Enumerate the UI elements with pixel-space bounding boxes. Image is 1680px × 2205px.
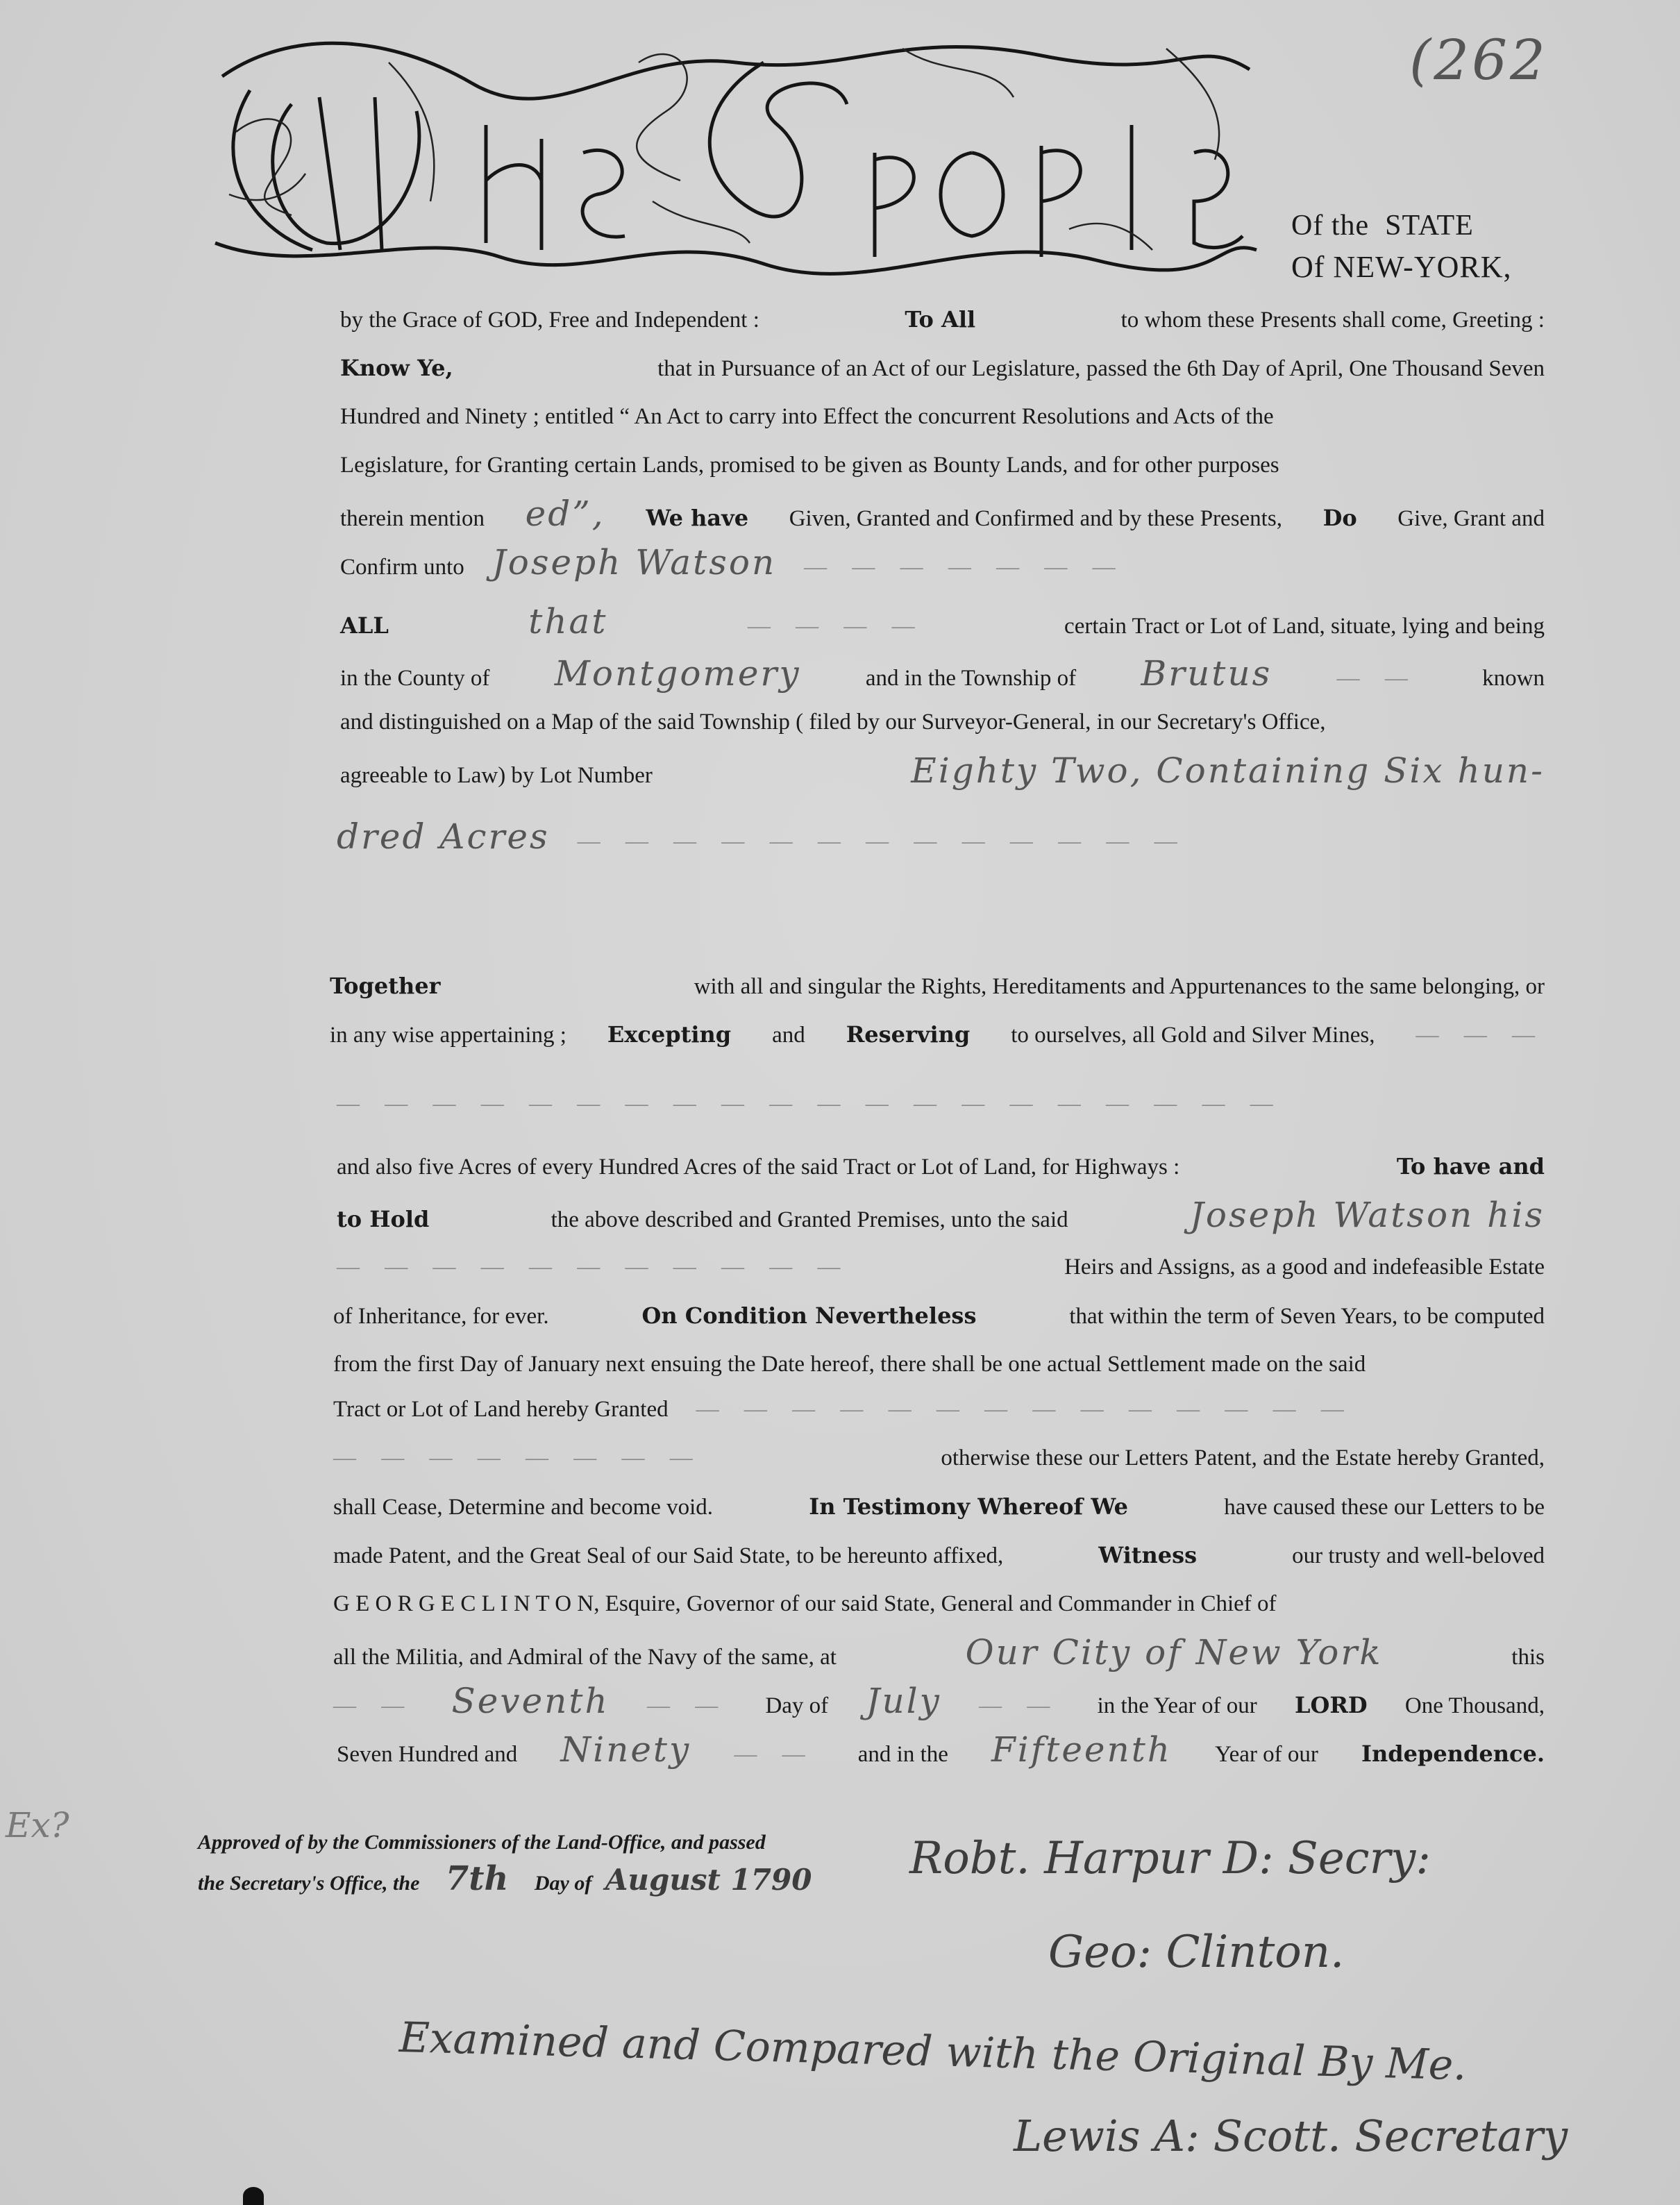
printed-text: the above described and Granted Premises… bbox=[551, 1206, 1068, 1234]
approval-line-2: the Secretary's Office, the 7th Day of A… bbox=[198, 1861, 812, 1902]
body-line: of Inheritance, for ever.On Condition Ne… bbox=[333, 1302, 1545, 1330]
printed-text: to whom these Presents shall come, Greet… bbox=[1121, 306, 1545, 334]
handwritten-entry: Joseph Watson his bbox=[1190, 1201, 1545, 1229]
handwritten-entry: Montgomery bbox=[555, 660, 801, 687]
approval-statement: Approved of by the Commissioners of the … bbox=[198, 1825, 812, 1902]
handwritten-entry: Eighty Two, Containing Six hun- bbox=[911, 757, 1545, 785]
blank-fill-dashes: — — — — — — — — bbox=[333, 1444, 703, 1472]
blackletter-text: Know Ye, bbox=[340, 354, 453, 382]
printed-text: by the Grace of GOD, Free and Independen… bbox=[340, 306, 759, 334]
handwritten-entry: Brutus bbox=[1141, 660, 1272, 687]
printed-text: our trusty and well-beloved bbox=[1292, 1542, 1545, 1570]
body-line: — —Seventh— —Day ofJuly— —in the Year of… bbox=[333, 1687, 1545, 1720]
printed-text: of Inheritance, for ever. bbox=[333, 1302, 549, 1330]
printed-text: from the first Day of January next ensui… bbox=[333, 1350, 1366, 1378]
state-heading: Of the STATE Of NEW-YORK, bbox=[1291, 205, 1512, 288]
approval-day-of: Day of bbox=[535, 1872, 591, 1895]
blackletter-text: On Condition Nevertheless bbox=[642, 1302, 977, 1330]
body-line: shall Cease, Determine and become void.I… bbox=[333, 1493, 1545, 1521]
printed-text: known bbox=[1482, 664, 1545, 692]
blackletter-text: Independence. bbox=[1361, 1740, 1545, 1768]
body-line: — — — — — — — — — — —Heirs and Assigns, … bbox=[337, 1253, 1545, 1281]
body-line: to Holdthe above described and Granted P… bbox=[337, 1201, 1545, 1234]
blank-fill-dashes: — — — — — — — — — — — bbox=[337, 1253, 850, 1281]
body-line: all the Militia, and Admiral of the Navy… bbox=[333, 1638, 1545, 1671]
handwritten-entry: Ninety bbox=[560, 1736, 691, 1763]
blackletter-text: LORD bbox=[1295, 1691, 1368, 1719]
body-line: Know Ye,that in Pursuance of an Act of o… bbox=[340, 354, 1545, 383]
blank-fill-dashes: — — — — — — — — — — — — — — bbox=[696, 1395, 1354, 1423]
blackletter-text: ALL bbox=[340, 612, 389, 639]
blackletter-text: Witness bbox=[1098, 1541, 1197, 1569]
printed-text: and in the bbox=[858, 1741, 948, 1768]
printed-text: and also five Acres of every Hundred Acr… bbox=[337, 1153, 1179, 1181]
printed-text: Heirs and Assigns, as a good and indefea… bbox=[1064, 1253, 1545, 1281]
body-line: Seven Hundred andNinety— —and in theFift… bbox=[337, 1736, 1545, 1768]
printed-text: Give, Grant and bbox=[1397, 505, 1545, 533]
printed-text: otherwise these our Letters Patent, and … bbox=[941, 1444, 1545, 1472]
governor-signature: Geo: Clinton. bbox=[1048, 1927, 1344, 1978]
body-line: — — — — — — — — — — — — — — — — — — — — bbox=[337, 1090, 1545, 1118]
body-line: Togetherwith all and singular the Rights… bbox=[330, 972, 1545, 1000]
body-line: in any wise appertaining ;ExceptingandRe… bbox=[330, 1021, 1545, 1049]
printed-text: Given, Granted and Confirmed and by thes… bbox=[789, 505, 1282, 533]
blank-fill-dashes: — — bbox=[1337, 664, 1418, 692]
body-line: Hundred and Ninety ; entitled “ An Act t… bbox=[340, 403, 1545, 430]
approval-day: 7th bbox=[446, 1859, 508, 1898]
body-line: in the County ofMontgomeryand in the Tow… bbox=[340, 660, 1545, 692]
body-line: — — — — — — — —otherwise these our Lette… bbox=[333, 1444, 1545, 1472]
the-people-ornamental-banner bbox=[208, 21, 1263, 278]
approval-month-year: August 1790 bbox=[605, 1863, 812, 1897]
ornamental-calligraphy-icon bbox=[208, 21, 1263, 278]
blackletter-text: Together bbox=[330, 972, 440, 1000]
page-number-annotation: (262 bbox=[1409, 28, 1548, 92]
printed-text: this bbox=[1511, 1643, 1545, 1671]
printed-text: made Patent, and the Great Seal of our S… bbox=[333, 1542, 1003, 1570]
handwritten-entry: that bbox=[528, 607, 607, 635]
examined-statement: Examined and Compared with the Original … bbox=[398, 2013, 1467, 2090]
examiner-signature: Lewis A: Scott. Secretary bbox=[1014, 2111, 1568, 2161]
state-heading-line-1: Of the STATE bbox=[1291, 205, 1512, 246]
body-line: dred Acres— — — — — — — — — — — — — bbox=[337, 823, 1545, 855]
handwritten-entry: Joseph Watson bbox=[492, 548, 776, 576]
printed-text: to ourselves, all Gold and Silver Mines, bbox=[1011, 1021, 1375, 1049]
body-line: therein mentioned”,We haveGiven, Granted… bbox=[340, 500, 1545, 533]
blackletter-text: to Hold bbox=[337, 1205, 429, 1233]
blackletter-text: Excepting bbox=[607, 1021, 731, 1048]
printed-text: One Thousand, bbox=[1405, 1692, 1545, 1720]
blackletter-text: To All bbox=[905, 305, 975, 333]
state-heading-line-2: Of NEW-YORK, bbox=[1291, 246, 1512, 288]
handwritten-entry: ed”, bbox=[526, 500, 605, 528]
body-line: made Patent, and the Great Seal of our S… bbox=[333, 1541, 1545, 1570]
blackletter-text: We have bbox=[646, 504, 748, 532]
blank-fill-dashes: — — — — — — — bbox=[804, 553, 1125, 581]
blank-fill-dashes: — — — bbox=[1416, 1021, 1545, 1049]
blackletter-text: Reserving bbox=[846, 1021, 971, 1048]
printed-text: Legislature, for Granting certain Lands,… bbox=[340, 451, 1279, 479]
handwritten-entry: Fifteenth bbox=[991, 1736, 1172, 1763]
printed-text: and distinguished on a Map of the said T… bbox=[340, 708, 1326, 736]
handwritten-entry: Our City of New York bbox=[966, 1638, 1383, 1666]
approval-line-1: Approved of by the Commissioners of the … bbox=[198, 1825, 812, 1861]
blank-fill-dashes: — — — — — — — — — — — — — bbox=[578, 828, 1187, 855]
body-line: Legislature, for Granting certain Lands,… bbox=[340, 451, 1545, 479]
body-line: from the first Day of January next ensui… bbox=[333, 1350, 1545, 1378]
blank-fill-dashes: — — bbox=[979, 1692, 1059, 1720]
blackletter-text: In Testimony Whereof We bbox=[809, 1493, 1128, 1520]
body-line: Confirm untoJoseph Watson— — — — — — — bbox=[340, 548, 1545, 581]
handwritten-entry: dred Acres bbox=[337, 823, 550, 850]
printed-text: Seven Hundred and bbox=[337, 1741, 517, 1768]
blank-fill-dashes: — — bbox=[333, 1692, 414, 1720]
printed-text: have caused these our Letters to be bbox=[1224, 1493, 1545, 1521]
printed-text: in the County of bbox=[340, 664, 489, 692]
blackletter-text: Do bbox=[1323, 504, 1357, 532]
ink-blot bbox=[243, 2187, 264, 2205]
printed-text: Tract or Lot of Land hereby Granted bbox=[333, 1395, 669, 1423]
printed-text: certain Tract or Lot of Land, situate, l… bbox=[1064, 612, 1545, 640]
body-line: and also five Acres of every Hundred Acr… bbox=[337, 1152, 1545, 1181]
printed-text: Day of bbox=[765, 1692, 828, 1720]
printed-text: all the Militia, and Admiral of the Navy… bbox=[333, 1643, 837, 1671]
printed-text: therein mention bbox=[340, 505, 485, 533]
printed-text: agreeable to Law) by Lot Number bbox=[340, 762, 653, 789]
printed-text: Confirm unto bbox=[340, 553, 464, 581]
handwritten-entry: Seventh bbox=[452, 1687, 610, 1715]
printed-text: Hundred and Ninety ; entitled “ An Act t… bbox=[340, 403, 1274, 430]
secretary-signature: Robt. Harpur D: Secry: bbox=[909, 1833, 1431, 1884]
blank-fill-dashes: — — bbox=[734, 1741, 814, 1768]
printed-text: that within the term of Seven Years, to … bbox=[1069, 1302, 1545, 1330]
blank-fill-dashes: — — — — — — — — — — — — — — — — — — — — bbox=[337, 1090, 1283, 1118]
body-line: ALLthat— — — —certain Tract or Lot of La… bbox=[340, 607, 1545, 640]
body-line: and distinguished on a Map of the said T… bbox=[340, 708, 1545, 736]
printed-text: in the Year of our bbox=[1098, 1692, 1257, 1720]
printed-text: that in Pursuance of an Act of our Legis… bbox=[657, 355, 1545, 383]
land-patent-page: (262 Of the STATE Of NEW-YORK, by the Gr… bbox=[0, 0, 1680, 2205]
printed-text: Year of our bbox=[1215, 1741, 1318, 1768]
blank-fill-dashes: — — bbox=[647, 1692, 728, 1720]
printed-text: and bbox=[772, 1021, 805, 1049]
approval-prefix: the Secretary's Office, the bbox=[198, 1872, 419, 1895]
printed-text: shall Cease, Determine and become void. bbox=[333, 1493, 713, 1521]
margin-note: Ex? bbox=[6, 1805, 69, 1845]
body-line: by the Grace of GOD, Free and Independen… bbox=[340, 305, 1545, 334]
body-line: Tract or Lot of Land hereby Granted— — —… bbox=[333, 1395, 1545, 1423]
body-line: agreeable to Law) by Lot NumberEighty Tw… bbox=[340, 757, 1545, 789]
printed-text: in any wise appertaining ; bbox=[330, 1021, 566, 1049]
body-line: G E O R G E C L I N T O N, Esquire, Gove… bbox=[333, 1590, 1545, 1618]
printed-text: G E O R G E C L I N T O N, Esquire, Gove… bbox=[333, 1590, 1277, 1618]
handwritten-entry: July bbox=[866, 1687, 941, 1715]
printed-text: and in the Township of bbox=[866, 664, 1076, 692]
blank-fill-dashes: — — — — bbox=[748, 612, 925, 640]
blackletter-text: To have and bbox=[1397, 1152, 1545, 1180]
printed-text: with all and singular the Rights, Heredi… bbox=[694, 973, 1545, 1000]
